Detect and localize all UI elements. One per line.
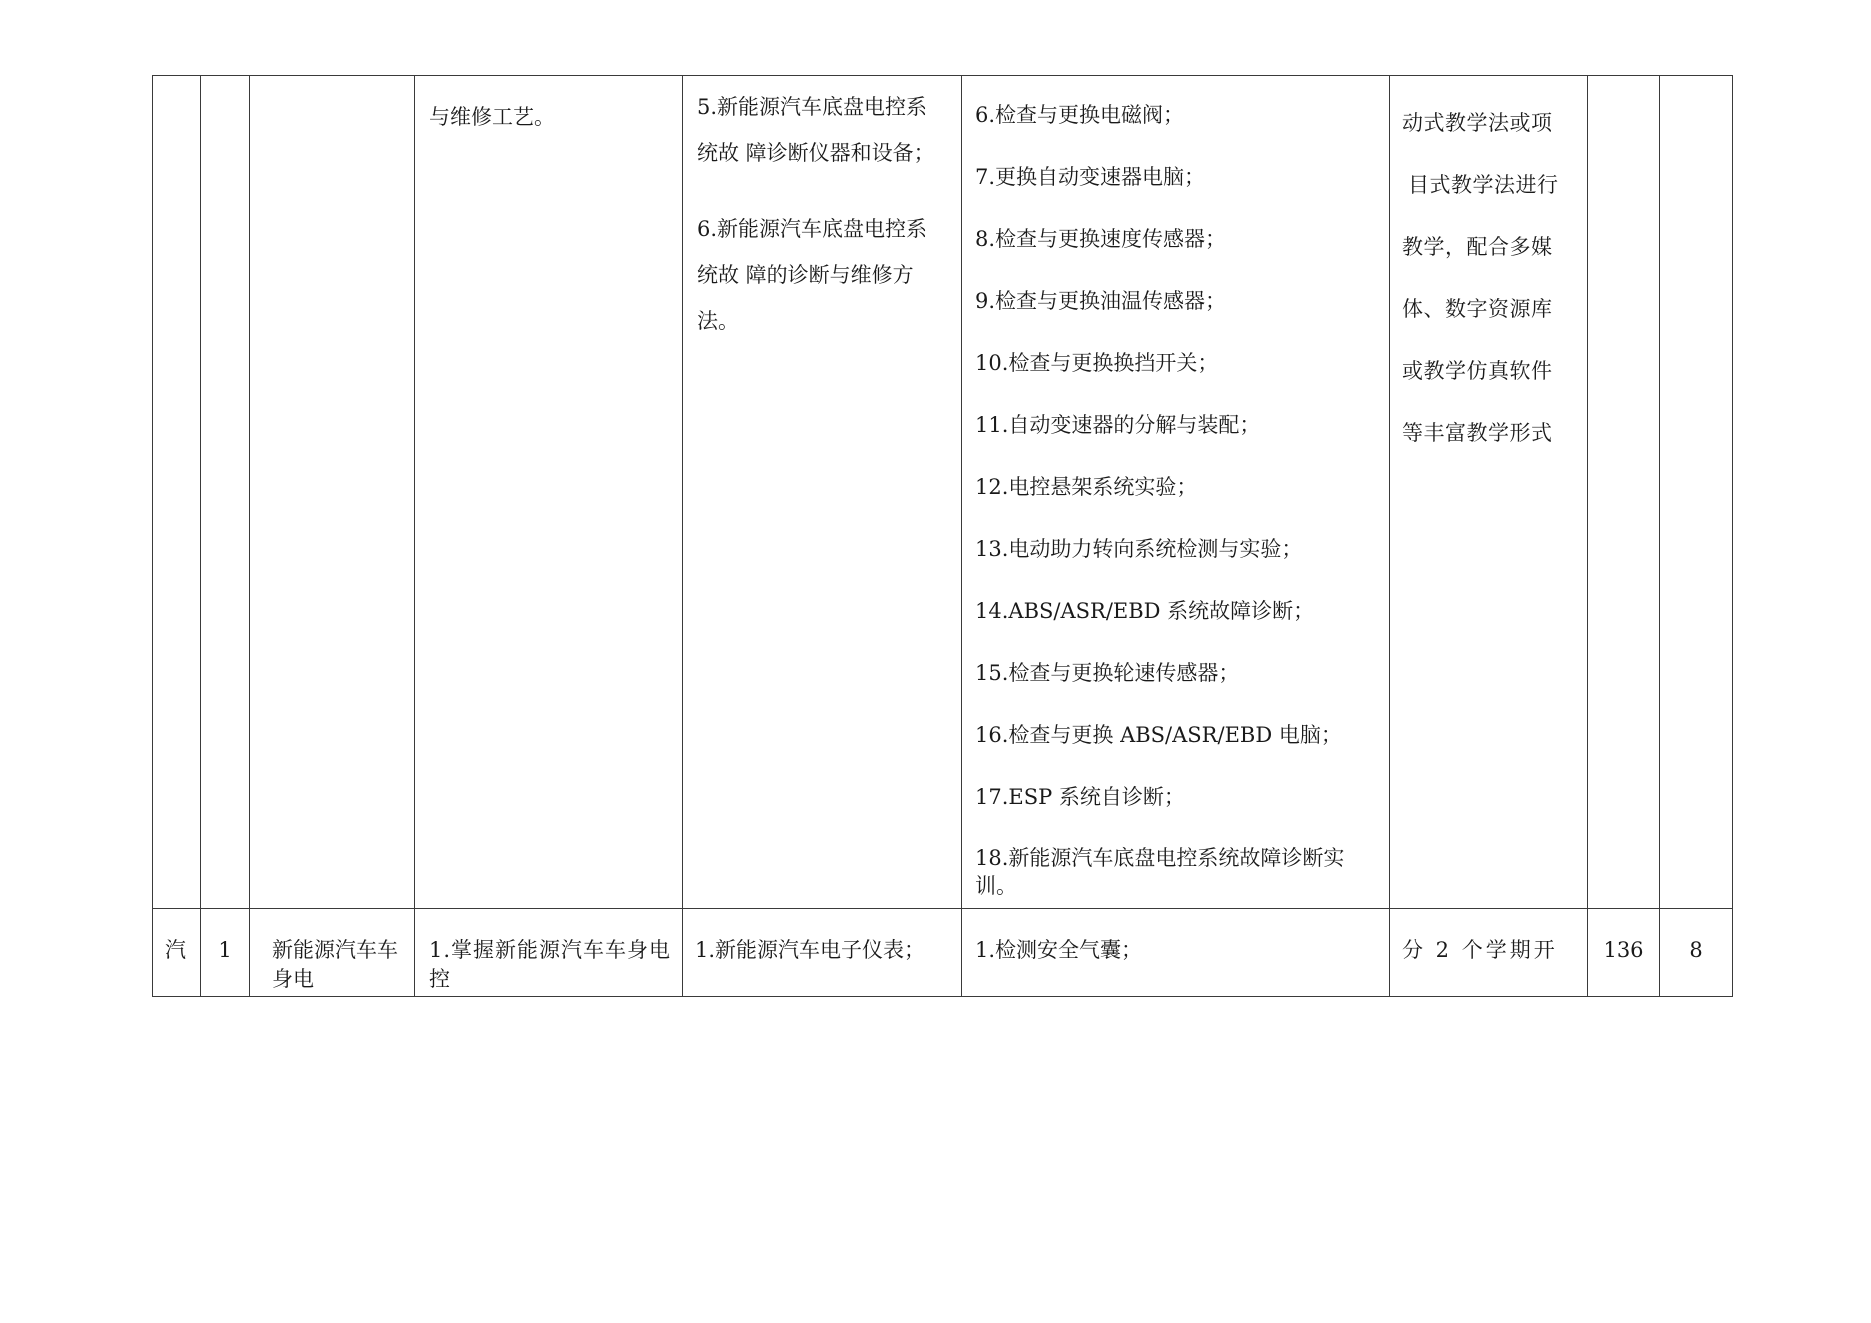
practice-item: 16.检查与更换 ABS/ASR/EBD 电脑； — [975, 704, 1379, 766]
course-name-text: 新能源汽车车身电 — [250, 909, 414, 994]
cell-practice: 6.检查与更换电磁阀； 7.更换自动变速器电脑； 8.检查与更换速度传感器； 9… — [962, 76, 1390, 909]
table-row: 汽 1 新能源汽车车身电 1.掌握新能源汽车车身电控 1.新能源汽车电子仪表； … — [153, 909, 1733, 997]
index-text: 1 — [201, 909, 249, 965]
practice-item: 7.更换自动变速器电脑； — [975, 146, 1379, 208]
teaching-text: 动式教学法或项 目式教学法进行 教学，配合多媒 体、数字资源库 或教学仿真软件 … — [1390, 76, 1587, 464]
document-page: 与维修工艺。 5.新能源汽车底盘电控系统故 障诊断仪器和设备； 6.新能源汽车底… — [0, 0, 1871, 1323]
curriculum-table: 与维修工艺。 5.新能源汽车底盘电控系统故 障诊断仪器和设备； 6.新能源汽车底… — [152, 75, 1733, 997]
practice-item: 8.检查与更换速度传感器； — [975, 208, 1379, 270]
cell-content: 1.新能源汽车电子仪表； — [683, 909, 962, 997]
teaching-line: 或教学仿真软件 — [1402, 340, 1577, 402]
teaching-line: 体、数字资源库 — [1402, 278, 1577, 340]
content-item: 6.新能源汽车底盘电控系统故 障的诊断与维修方法。 — [697, 206, 947, 344]
practice-text: 1.检测安全气囊； — [962, 909, 1389, 965]
cell-index — [201, 76, 250, 909]
cell-credits — [1660, 76, 1733, 909]
category-text: 汽 — [153, 909, 200, 965]
table-row-continued: 与维修工艺。 5.新能源汽车底盘电控系统故 障诊断仪器和设备； 6.新能源汽车底… — [153, 76, 1733, 909]
teaching-line: 动式教学法或项 — [1402, 92, 1577, 154]
credits-text: 8 — [1660, 909, 1732, 965]
objectives-text: 与维修工艺。 — [415, 76, 682, 128]
content-text: 1.新能源汽车电子仪表； — [683, 909, 961, 965]
practice-list: 6.检查与更换电磁阀； 7.更换自动变速器电脑； 8.检查与更换速度传感器； 9… — [962, 76, 1389, 900]
cell-teaching-method: 分 2 个学期开 — [1390, 909, 1588, 997]
cell-index: 1 — [201, 909, 250, 997]
practice-item: 11.自动变速器的分解与装配； — [975, 394, 1379, 456]
cell-hours: 136 — [1588, 909, 1660, 997]
teaching-text: 分 2 个学期开 — [1390, 909, 1587, 965]
cell-category — [153, 76, 201, 909]
cell-course-name: 新能源汽车车身电 — [250, 909, 415, 997]
cell-objectives: 1.掌握新能源汽车车身电控 — [415, 909, 683, 997]
practice-item: 9.检查与更换油温传感器； — [975, 270, 1379, 332]
practice-item: 18.新能源汽车底盘电控系统故障诊断实训。 — [975, 844, 1379, 900]
objectives-text: 1.掌握新能源汽车车身电控 — [415, 909, 682, 994]
practice-item: 6.检查与更换电磁阀； — [975, 84, 1379, 146]
cell-content: 5.新能源汽车底盘电控系统故 障诊断仪器和设备； 6.新能源汽车底盘电控系统故 … — [683, 76, 962, 909]
teaching-line: 目式教学法进行 — [1402, 154, 1577, 216]
cell-teaching-method: 动式教学法或项 目式教学法进行 教学，配合多媒 体、数字资源库 或教学仿真软件 … — [1390, 76, 1588, 909]
practice-item: 17.ESP 系统自诊断； — [975, 766, 1379, 828]
content-item: 5.新能源汽车底盘电控系统故 障诊断仪器和设备； — [697, 84, 947, 176]
practice-item: 15.检查与更换轮速传感器； — [975, 642, 1379, 704]
cell-hours — [1588, 76, 1660, 909]
practice-item: 10.检查与更换换挡开关； — [975, 332, 1379, 394]
cell-credits: 8 — [1660, 909, 1733, 997]
teaching-line: 教学，配合多媒 — [1402, 216, 1577, 278]
practice-item: 13.电动助力转向系统检测与实验； — [975, 518, 1379, 580]
content-list: 5.新能源汽车底盘电控系统故 障诊断仪器和设备； 6.新能源汽车底盘电控系统故 … — [683, 84, 961, 344]
teaching-line: 等丰富教学形式 — [1402, 402, 1577, 464]
cell-course-name — [250, 76, 415, 909]
hours-text: 136 — [1588, 909, 1659, 965]
cell-practice: 1.检测安全气囊； — [962, 909, 1390, 997]
practice-item: 14.ABS/ASR/EBD 系统故障诊断； — [975, 580, 1379, 642]
cell-objectives: 与维修工艺。 — [415, 76, 683, 909]
cell-category: 汽 — [153, 909, 201, 997]
practice-item: 12.电控悬架系统实验； — [975, 456, 1379, 518]
